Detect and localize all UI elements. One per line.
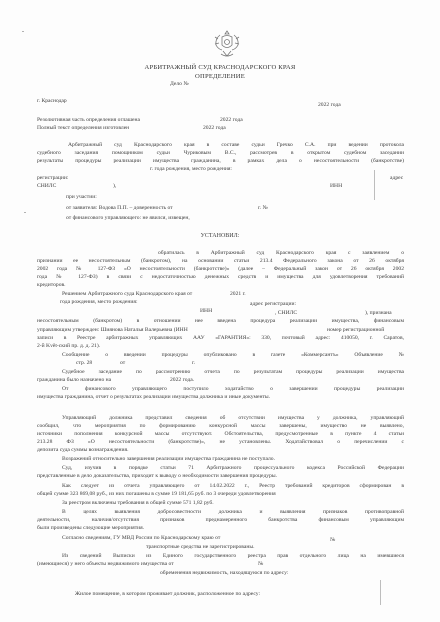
- participants-label: при участии:: [66, 194, 97, 201]
- body-line: сообщил, что мероприятия по формированию…: [37, 423, 404, 430]
- body-line: общей сумме 323 869,08 руб., из них пога…: [37, 491, 276, 498]
- city: г. Краснодар: [37, 98, 67, 105]
- court-name: АРБИТРАЖНЫЙ СУД КРАСНОДАРСКОГО КРАЯ: [0, 64, 440, 71]
- body-line: Решением Арбитражного суда Краснодарског…: [62, 291, 192, 298]
- full-text-label: Полный текст определения изготовлен: [37, 125, 129, 132]
- body-line: имущества гражданина, отчет о результата…: [37, 394, 270, 401]
- body-line: признании ее несостоятельным (банкротом)…: [37, 258, 404, 265]
- participant-applicant-no: г. №: [258, 205, 268, 212]
- body-line: В целях выявления добросовестности должн…: [62, 509, 404, 516]
- body-line: стр. 28: [76, 360, 92, 367]
- body-line: (имеющиеся) у него объекты недвижимого и…: [37, 561, 174, 568]
- resolution-label: Резолютивная часть определения оглашена: [37, 117, 140, 124]
- participant-applicant: от заявителя: Водова П.П. – доверенность…: [66, 205, 173, 212]
- body-line: были произведены следующие мероприятия.: [37, 525, 144, 532]
- intro-close: ),: [113, 183, 116, 190]
- intro-address: адрес: [390, 175, 403, 182]
- body-line: Как следует из отчета управляющего от 14…: [62, 483, 404, 490]
- body-line: номер регистрационной: [327, 327, 384, 334]
- intro-inn: ИНН: [330, 183, 342, 190]
- body-line: Возражений относительно завершения реали…: [62, 456, 275, 463]
- body-line: 213.28 ФЗ «О несостоятельности (банкротс…: [37, 439, 404, 446]
- body-line: От финансового управляющего поступило хо…: [62, 386, 404, 393]
- established-heading: УСТАНОВИЛ:: [0, 233, 440, 240]
- body-line: , СНИЛС: [275, 310, 297, 317]
- document-date: 2022 года: [318, 102, 341, 109]
- case-number-label: Дело №: [170, 81, 189, 88]
- body-line: №: [330, 537, 335, 544]
- body-line: управляющим утвержден: Шиянова Наталья В…: [37, 327, 188, 334]
- body-line: источники пополнения конкурсной массы от…: [37, 431, 404, 438]
- body-line: №: [258, 561, 263, 568]
- body-line: обременения недвижимость, находящуюся по…: [160, 570, 288, 577]
- body-line: деятельности, наличия/отсутствия признак…: [37, 517, 404, 524]
- body-line: представленные в дело доказательства, пр…: [37, 473, 277, 480]
- intro-line-3: результаты процедуры реализации имуществ…: [37, 158, 404, 165]
- body-line: Сообщение о введении процедуры опубликов…: [62, 352, 404, 359]
- body-line: обратилась в Арбитражный суд Краснодарск…: [158, 250, 404, 257]
- scanned-document-page: АРБИТРАЖНЫЙ СУД КРАСНОДАРСКОГО КРАЯ ОПРЕ…: [0, 0, 440, 622]
- body-line: записи в Реестре арбитражных управляющих…: [37, 335, 404, 342]
- full-text-date: 2022 года: [203, 125, 226, 132]
- body-line: года рождения, место рождения:: [60, 299, 138, 306]
- scan-speck: [24, 212, 26, 213]
- coat-of-arms-icon: [210, 27, 244, 61]
- document-type: ОПРЕДЕЛЕНИЕ: [0, 73, 440, 80]
- intro-snils: СНИЛС: [37, 183, 56, 190]
- body-line: депозита суда суммы вознаграждения.: [37, 447, 128, 454]
- scan-edge-line: [374, 170, 375, 200]
- scan-speck: [22, 31, 24, 32]
- body-line: Управляющий должника представил сведения…: [62, 415, 404, 422]
- body-line: г.: [192, 360, 195, 367]
- body-line: кредиторов.: [37, 282, 66, 289]
- body-line: адрес регистрации:: [250, 301, 296, 308]
- intro-registration: регистрации:: [37, 175, 68, 182]
- body-line: Из сведений Выписки из Единого государст…: [62, 553, 404, 560]
- body-line: 2022 года.: [170, 377, 194, 384]
- intro-line-2: судебного заседания помощником судьи Чур…: [37, 150, 404, 157]
- resolution-date: 2022 года: [220, 117, 243, 124]
- body-line: За реестром включены требования в общей …: [62, 500, 214, 507]
- intro-line-1: Арбитражный суд Краснодарского края в со…: [68, 142, 404, 149]
- body-line: ), признана: [365, 310, 392, 317]
- body-line: Согласно сведениям, ГУ МВД России по Кра…: [62, 535, 220, 542]
- body-line: Судебное заседание по рассмотрению отчет…: [62, 369, 404, 376]
- body-line: года № 127-ФЗ) в связи с недостаточность…: [37, 274, 404, 281]
- intro-line-4: г. года рождения, место рождения:: [150, 166, 232, 173]
- body-line: Суд, изучив в порядке статьи 71 Арбитраж…: [62, 465, 404, 472]
- body-line: 2021 г.: [230, 291, 246, 298]
- body-line: гражданина было назначено на: [37, 377, 111, 384]
- body-line: несостоятельным (банкротом) в отношении …: [37, 318, 404, 325]
- body-line: от: [120, 360, 125, 367]
- body-line: 2-й Květ-ский пр. д. д. 21).: [37, 343, 100, 350]
- body-line: транспортные средства не зарегистрирован…: [146, 544, 255, 551]
- participant-manager: от финансового управляющего: не явился, …: [66, 215, 190, 222]
- body-line: 2002 года № 127-ФЗ «О несостоятельности …: [37, 266, 404, 273]
- body-line: Жилое помещение, в котором проживает дол…: [75, 591, 260, 598]
- body-line: ИНН: [200, 308, 212, 315]
- scan-edge-line: [380, 580, 381, 605]
